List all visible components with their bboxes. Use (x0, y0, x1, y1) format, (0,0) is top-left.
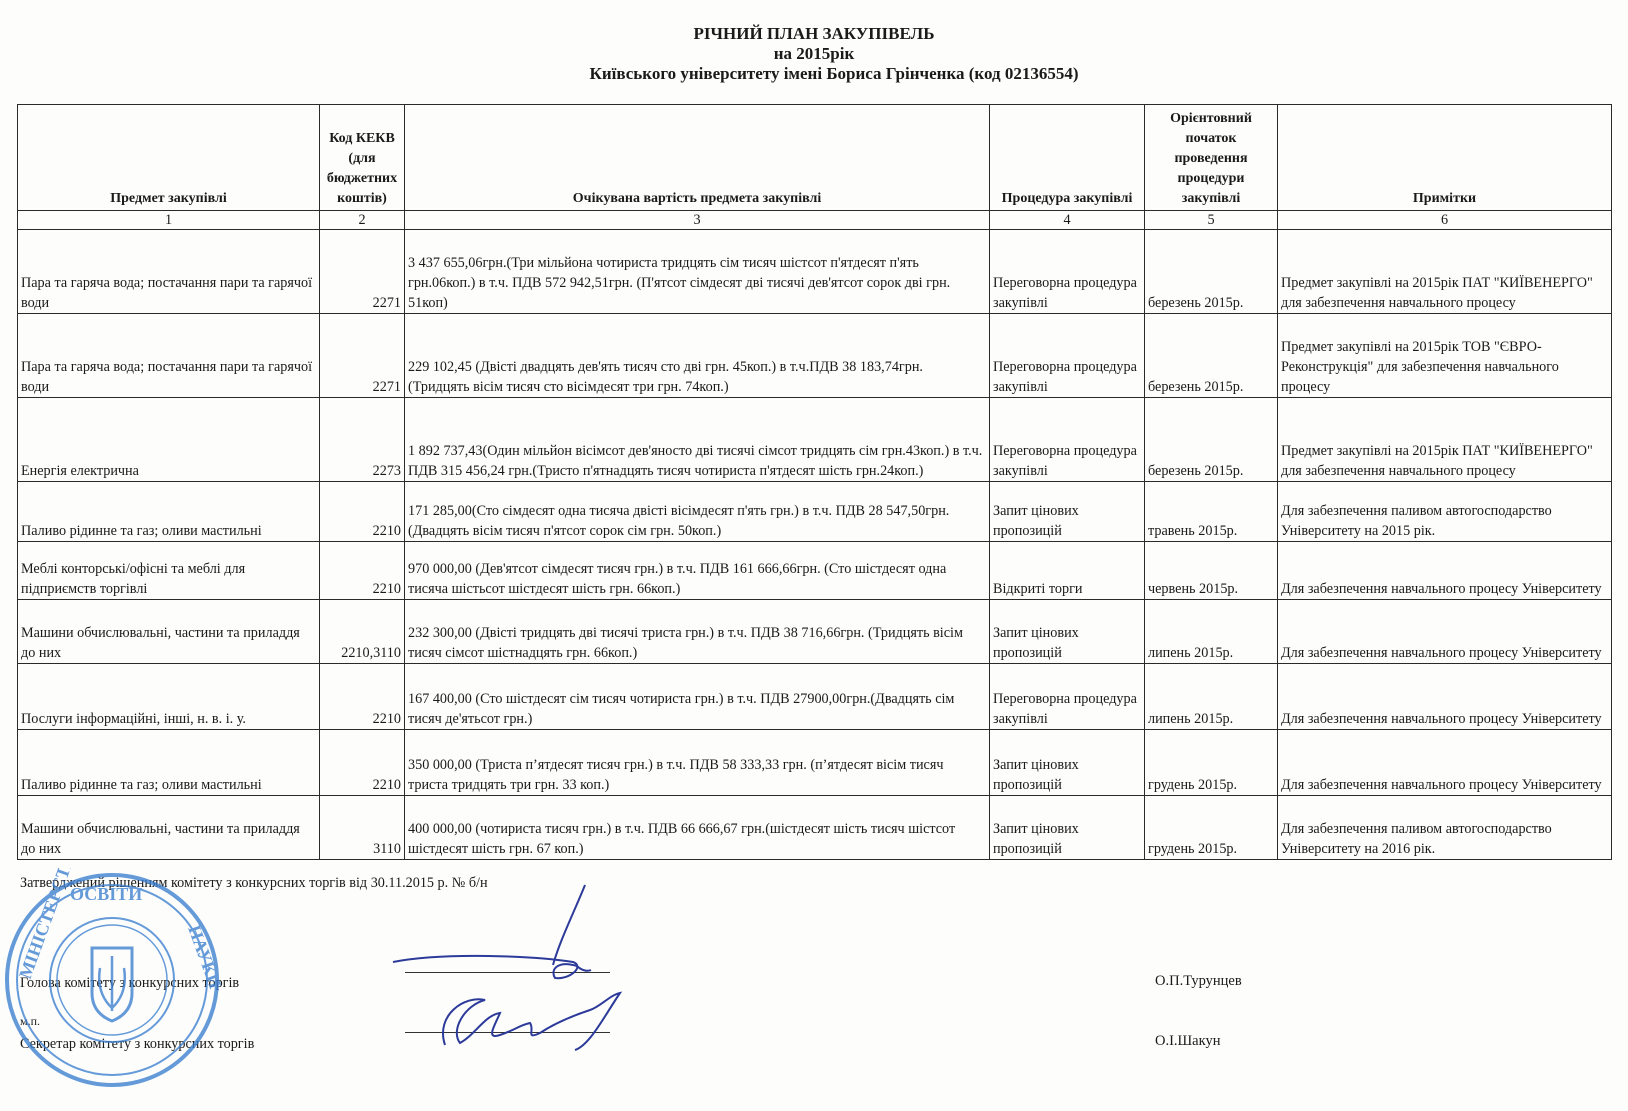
col-number: 3 (405, 211, 990, 230)
cell-value: 350 000,00 (Триста п’ятдесят тисяч грн.)… (405, 730, 990, 796)
cell-start: червень 2015р. (1145, 542, 1278, 600)
cell-subject: Паливо рідинне та газ; оливи мастильні (18, 730, 320, 796)
col-header-subject: Предмет закупівлі (18, 105, 320, 211)
cell-value: 171 285,00(Сто сімдесят одна тисяча двіс… (405, 482, 990, 542)
cell-procedure: Запит цінових пропозицій (990, 730, 1145, 796)
table-row: Меблі конторські/офісні та меблі для під… (18, 542, 1612, 600)
table-row: Пара та гаряча вода; постачання пари та … (18, 230, 1612, 314)
cell-code: 2210 (320, 730, 405, 796)
cell-procedure: Переговорна процедура закупівлі (990, 230, 1145, 314)
col-header-procedure: Процедура закупівлі (990, 105, 1145, 211)
column-number-row: 1 2 3 4 5 6 (18, 211, 1612, 230)
cell-subject: Пара та гаряча вода; постачання пари та … (18, 230, 320, 314)
cell-procedure: Запит цінових пропозицій (990, 482, 1145, 542)
cell-value: 229 102,45 (Двісті двадцять дев'ять тися… (405, 314, 990, 398)
col-header-start: Орієнтовний початок проведення процедури… (1145, 105, 1278, 211)
col-number: 1 (18, 211, 320, 230)
cell-code: 2271 (320, 314, 405, 398)
cell-notes: Для забезпечення навчального процесу Уні… (1278, 542, 1612, 600)
official-seal-icon: ОСВІТИ МІНІСТЕРСТВО НАУКИ (0, 868, 225, 1093)
table-row: Паливо рідинне та газ; оливи мастильні 2… (18, 730, 1612, 796)
col-number: 4 (990, 211, 1145, 230)
cell-procedure: Запит цінових пропозицій (990, 600, 1145, 664)
cell-procedure: Запит цінових пропозицій (990, 796, 1145, 860)
cell-start: липень 2015р. (1145, 600, 1278, 664)
title-line-3: Київського університету імені Бориса Грі… (40, 64, 1628, 84)
cell-code: 2273 (320, 398, 405, 482)
cell-code: 3110 (320, 796, 405, 860)
cell-start: грудень 2015р. (1145, 796, 1278, 860)
cell-notes: Предмет закупівлі на 2015рік ТОВ "ЄВРО-Р… (1278, 314, 1612, 398)
cell-notes: Предмет закупівлі на 2015рік ПАТ "КИЇВЕН… (1278, 398, 1612, 482)
cell-notes: Предмет закупівлі на 2015рік ПАТ "КИЇВЕН… (1278, 230, 1612, 314)
cell-procedure: Переговорна процедура закупівлі (990, 664, 1145, 730)
col-header-value: Очікувана вартість предмета закупівлі (405, 105, 990, 211)
table-row: Пара та гаряча вода; постачання пари та … (18, 314, 1612, 398)
cell-start: березень 2015р. (1145, 314, 1278, 398)
cell-start: липень 2015р. (1145, 664, 1278, 730)
cell-start: грудень 2015р. (1145, 730, 1278, 796)
chair-name: О.П.Турунцев (1155, 973, 1242, 990)
document-title: РІЧНИЙ ПЛАН ЗАКУПІВЕЛЬ на 2015рік Київсь… (0, 24, 1628, 84)
cell-subject: Пара та гаряча вода; постачання пари та … (18, 314, 320, 398)
cell-code: 2271 (320, 230, 405, 314)
cell-value: 167 400,00 (Сто шістдесят сім тисяч чоти… (405, 664, 990, 730)
cell-code: 2210,3110 (320, 600, 405, 664)
cell-procedure: Переговорна процедура закупівлі (990, 398, 1145, 482)
cell-code: 2210 (320, 664, 405, 730)
col-header-notes: Примітки (1278, 105, 1612, 211)
table-row: Машини обчислювальні, частини та приладд… (18, 600, 1612, 664)
chair-signature-icon (385, 880, 625, 985)
cell-procedure: Відкриті торги (990, 542, 1145, 600)
col-number: 5 (1145, 211, 1278, 230)
cell-value: 3 437 655,06грн.(Три мільйона чотириста … (405, 230, 990, 314)
cell-subject: Машини обчислювальні, частини та приладд… (18, 600, 320, 664)
col-header-code: Код КЕКВ (для бюджетних коштів) (320, 105, 405, 211)
title-line-1: РІЧНИЙ ПЛАН ЗАКУПІВЕЛЬ (0, 24, 1628, 44)
cell-code: 2210 (320, 482, 405, 542)
cell-start: березень 2015р. (1145, 398, 1278, 482)
secretary-signature-icon (425, 985, 645, 1055)
cell-subject: Машини обчислювальні, частини та приладд… (18, 796, 320, 860)
col-number: 6 (1278, 211, 1612, 230)
table-row: Машини обчислювальні, частини та приладд… (18, 796, 1612, 860)
table-row: Енергія електрична 2273 1 892 737,43(Оди… (18, 398, 1612, 482)
cell-notes: Для забезпечення паливом автогосподарств… (1278, 796, 1612, 860)
title-line-2: на 2015рік (0, 44, 1628, 64)
cell-procedure: Переговорна процедура закупівлі (990, 314, 1145, 398)
cell-notes: Для забезпечення паливом автогосподарств… (1278, 482, 1612, 542)
cell-value: 1 892 737,43(Один мільйон вісімсот дев'я… (405, 398, 990, 482)
col-number: 2 (320, 211, 405, 230)
cell-notes: Для забезпечення навчального процесу Уні… (1278, 664, 1612, 730)
cell-start: березень 2015р. (1145, 230, 1278, 314)
cell-value: 970 000,00 (Дев'ятсот сімдесят тисяч грн… (405, 542, 990, 600)
cell-start: травень 2015р. (1145, 482, 1278, 542)
cell-subject: Меблі конторські/офісні та меблі для під… (18, 542, 320, 600)
table-header-row: Предмет закупівлі Код КЕКВ (для бюджетни… (18, 105, 1612, 211)
svg-text:НАУКИ: НАУКИ (184, 923, 225, 992)
cell-notes: Для забезпечення навчального процесу Уні… (1278, 600, 1612, 664)
cell-subject: Паливо рідинне та газ; оливи мастильні (18, 482, 320, 542)
cell-subject: Послуги інформаційні, інші, н. в. і. у. (18, 664, 320, 730)
table-row: Паливо рідинне та газ; оливи мастильні 2… (18, 482, 1612, 542)
cell-value: 400 000,00 (чотириста тисяч грн.) в т.ч.… (405, 796, 990, 860)
cell-value: 232 300,00 (Двісті тридцять дві тисячі т… (405, 600, 990, 664)
procurement-plan-table: Предмет закупівлі Код КЕКВ (для бюджетни… (17, 104, 1612, 860)
cell-subject: Енергія електрична (18, 398, 320, 482)
table-row: Послуги інформаційні, інші, н. в. і. у. … (18, 664, 1612, 730)
cell-code: 2210 (320, 542, 405, 600)
svg-text:ОСВІТИ: ОСВІТИ (70, 884, 142, 904)
cell-notes: Для забезпечення навчального процесу Уні… (1278, 730, 1612, 796)
secretary-name: О.І.Шакун (1155, 1033, 1220, 1050)
